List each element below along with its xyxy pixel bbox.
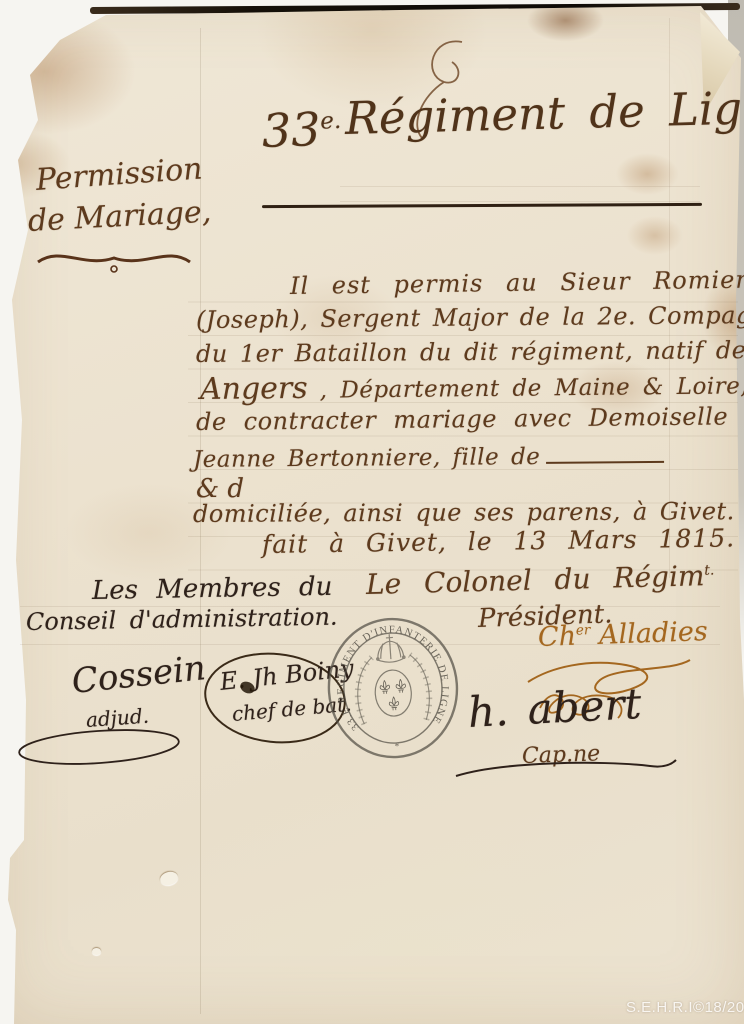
place-of-birth: Angers <box>200 371 308 407</box>
blank-line <box>546 438 664 464</box>
members-heading-line2: Conseil d'administration. <box>26 603 338 636</box>
colonel-signature: Cher Alladies <box>537 616 708 653</box>
captain-signature-flourish <box>450 756 680 784</box>
guideline <box>340 201 700 202</box>
body-line-3: du 1er Bataillon du dit régiment, natif … <box>196 336 744 368</box>
body-line-8: domiciliée, ainsi que ses parens, à Give… <box>193 497 735 528</box>
body-line-2: (Joseph), Sergent Major de la 2e. Compag… <box>196 301 744 334</box>
body-line-4-rest: , Département de Maine & Loire, <box>320 373 744 403</box>
member1-flourish <box>14 722 184 772</box>
colonel-sig-title: Ch <box>537 621 576 653</box>
captain-signature: h. abert <box>467 679 643 737</box>
colonel-heading-sup: t. <box>704 563 714 579</box>
archive-watermark: S.E.H.R.I©18/20.15 <box>626 999 744 1016</box>
body-line-5: de contracter mariage avec Demoiselle <box>196 402 728 436</box>
regiment-number-text: 33 <box>261 102 321 158</box>
body-line-4: Angers, Département de Maine & Loire, <box>200 366 744 407</box>
laurel-branch-icon <box>355 654 431 725</box>
guideline <box>340 186 700 187</box>
members-heading-line1: Les Membres du <box>92 572 333 606</box>
bride-name: Jeanne Bertonniere, fille de <box>193 444 541 473</box>
scanned-document: 33e. Régiment de Ligne Permission de Mar… <box>0 0 744 1024</box>
body-line-6: Jeanne Bertonniere, fille de <box>193 438 665 473</box>
paper-hole-small <box>92 948 101 955</box>
regimental-stamp: 33.E REGIMENT D'INFANTERIE DE LIGNE * <box>321 611 467 766</box>
colonel-sig-name: Alladies <box>599 616 709 651</box>
margin-flourish <box>34 248 194 278</box>
crown-icon <box>375 633 405 663</box>
colonel-sig-title-sup: er <box>576 622 591 638</box>
regiment-ordinal: e. <box>320 108 342 135</box>
regiment-number: 33e. <box>261 101 342 158</box>
page-title: Régiment de Ligne <box>344 80 744 145</box>
